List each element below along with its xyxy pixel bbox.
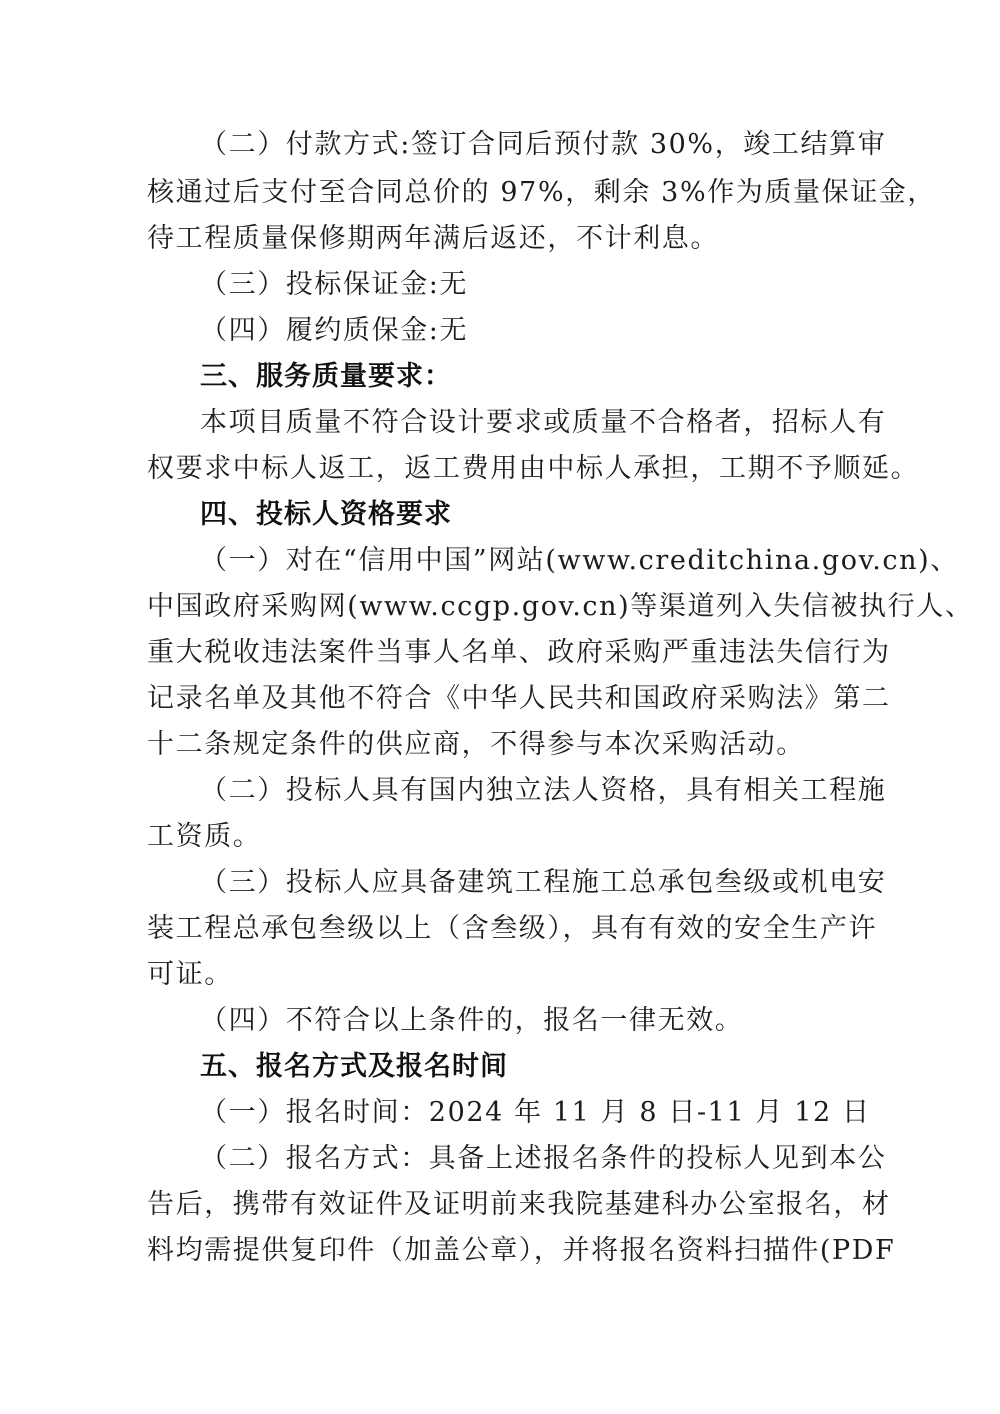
bid-bond-line: （三）投标保证金:无	[200, 268, 468, 302]
payment-terms-line-2: 核通过后支付至合同总价的 97%，剩余 3%作为质量保证金，	[147, 176, 936, 210]
registration-method-line-1: （二）报名方式：具备上述报名条件的投标人见到本公	[200, 1142, 886, 1176]
qualification-2-line-1: （二）投标人具有国内独立法人资格，具有相关工程施	[200, 774, 886, 808]
qualification-1-line-1: （一）对在“信用中国”网站(www.creditchina.gov.cn)、	[200, 544, 959, 578]
qualification-1-line-4: 记录名单及其他不符合《中华人民共和国政府采购法》第二	[147, 682, 891, 716]
section-heading-bidder-qualification: 四、投标人资格要求	[200, 498, 452, 532]
qualification-4-line: （四）不符合以上条件的，报名一律无效。	[200, 1004, 743, 1038]
qualification-2-line-2: 工资质。	[147, 820, 261, 854]
registration-time-line: （一）报名时间：2024 年 11 月 8 日-11 月 12 日	[200, 1096, 871, 1130]
registration-method-line-3: 料均需提供复印件（加盖公章），并将报名资料扫描件(PDF	[147, 1234, 895, 1268]
qualification-1-line-2: 中国政府采购网(www.ccgp.gov.cn)等渠道列入失信被执行人、	[147, 590, 973, 624]
qualification-3-line-2: 装工程总承包叁级以上（含叁级），具有有效的安全生产许	[147, 912, 877, 946]
document-page: （二）付款方式:签订合同后预付款 30%，竣工结算审 核通过后支付至合同总价的 …	[0, 0, 1000, 1414]
payment-terms-line-1: （二）付款方式:签订合同后预付款 30%，竣工结算审	[200, 128, 886, 162]
section-heading-service-quality: 三、服务质量要求：	[200, 360, 452, 394]
section-heading-registration: 五、报名方式及报名时间	[200, 1050, 508, 1084]
registration-method-line-2: 告后，携带有效证件及证明前来我院基建科办公室报名，材	[147, 1188, 891, 1222]
performance-bond-line: （四）履约质保金:无	[200, 314, 468, 348]
qualification-3-line-3: 可证。	[147, 958, 233, 992]
qualification-1-line-3: 重大税收违法案件当事人名单、政府采购严重违法失信行为	[147, 636, 891, 670]
service-quality-line-1: 本项目质量不符合设计要求或质量不合格者，招标人有	[200, 406, 886, 440]
qualification-1-line-5: 十二条规定条件的供应商，不得参与本次采购活动。	[147, 728, 805, 762]
service-quality-line-2: 权要求中标人返工，返工费用由中标人承担，工期不予顺延。	[147, 452, 919, 486]
payment-terms-line-3: 待工程质量保修期两年满后返还，不计利息。	[147, 222, 719, 256]
qualification-3-line-1: （三）投标人应具备建筑工程施工总承包叁级或机电安	[200, 866, 886, 900]
